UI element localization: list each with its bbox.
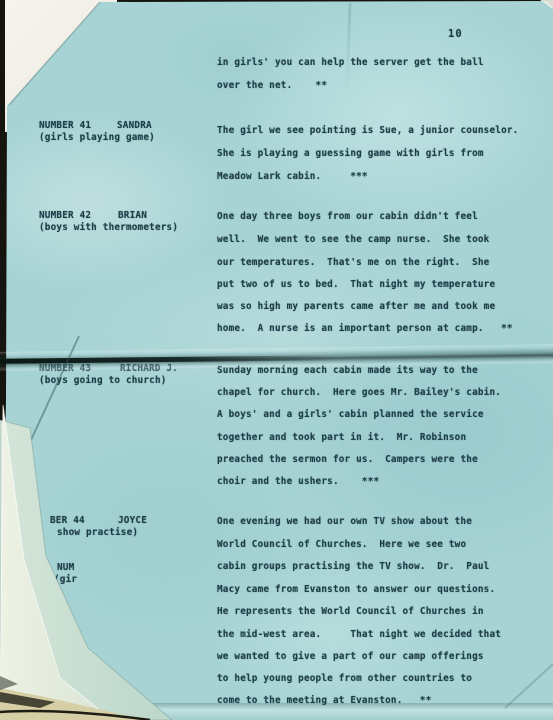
partial-cue-number: NUM [57,563,74,573]
partial-cue-description: (gir [54,575,77,585]
cue-44-speaker: JOYCE [118,516,147,526]
script-line: cabin groups practising the TV show. Dr.… [217,562,489,572]
script-line: home. A nurse is an important person at … [217,324,513,334]
script-line: preached the sermon for us. Campers were… [217,455,478,465]
script-line: put two of us to bed. That night my temp… [217,280,495,290]
cue-42-description: (boys with thermometers) [39,223,178,233]
cue-42-number: NUMBER 42 [39,211,91,221]
script-line: we wanted to give a part of our camp off… [217,652,484,662]
script-line: well. We went to see the camp nurse. She… [217,235,489,245]
script-line: in girls' you can help the server get th… [217,58,484,68]
script-line: come to the meeting at Evanston. ** [217,696,432,706]
page-number: 10 [448,29,463,40]
cue-42-speaker: BRIAN [118,211,147,221]
script-line: chapel for church. Here goes Mr. Bailey'… [217,388,501,398]
cue-44-number: BER 44 [50,516,85,526]
script-line: World Council of Churches. Here we see t… [217,540,466,550]
script-line: He represents the World Council of Churc… [217,607,484,617]
script-line: One evening we had our own TV show about… [217,517,472,527]
cue-43-number: NUMBER 43 [39,364,91,374]
script-line: Sunday morning each cabin made its way t… [217,366,478,376]
script-line: the mid-west area. That night we decided… [217,630,501,640]
scanned-script-page: 10 in girls' you can help the server get… [0,0,553,720]
cue-43-speaker: RICHARD J. [120,364,178,374]
cue-41-description: (girls playing game) [39,133,155,143]
script-line: Meadow Lark cabin. *** [217,172,368,182]
script-line: was so high my parents came after me and… [217,302,495,312]
script-line: A boys' and a girls' cabin planned the s… [217,410,484,420]
script-line: together and took part in it. Mr. Robins… [217,433,466,443]
cue-41-speaker: SANDRA [117,121,152,131]
script-line: Macy came from Evanston to answer our qu… [217,585,495,595]
script-line: choir and the ushers. *** [217,477,379,487]
script-line: over the net. ** [217,81,327,91]
script-line: to help young people from other countrie… [217,674,472,684]
script-line: She is playing a guessing game with girl… [217,149,484,159]
script-line: our temperatures. That's me on the right… [217,258,489,268]
cue-43-description: (boys going to church) [39,376,167,386]
script-line: One day three boys from our cabin didn't… [217,212,478,222]
cue-44-description: show practise) [57,528,138,538]
cue-41-number: NUMBER 41 [39,121,91,131]
script-line: The girl we see pointing is Sue, a junio… [217,126,518,136]
